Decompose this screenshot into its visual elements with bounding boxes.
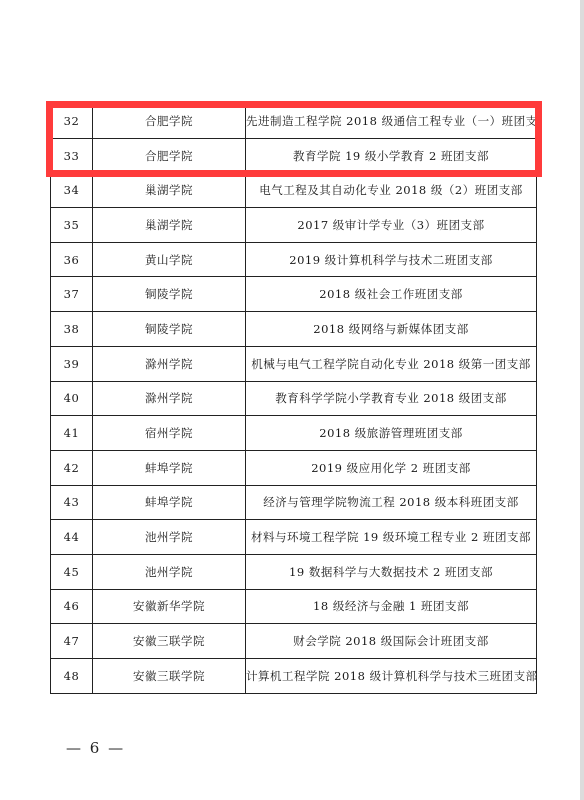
row-number: 42	[51, 450, 93, 485]
school-name: 巢湖学院	[93, 173, 246, 208]
table-row: 48 安徽三联学院 计算机工程学院 2018 级计算机科学与技术三班团支部	[51, 659, 537, 694]
table-row: 42 蚌埠学院 2019 级应用化学 2 班团支部	[51, 450, 537, 485]
branch-name: 财会学院 2018 级国际会计班团支部	[246, 624, 537, 659]
page-number: — 6 —	[66, 739, 125, 757]
table-row: 47 安徽三联学院 财会学院 2018 级国际会计班团支部	[51, 624, 537, 659]
table-row: 40 滁州学院 教育科学学院小学教育专业 2018 级团支部	[51, 381, 537, 416]
row-number: 36	[51, 242, 93, 277]
branch-name: 2018 级社会工作班团支部	[246, 277, 537, 312]
row-number: 48	[51, 659, 93, 694]
table-row: 46 安徽新华学院 18 级经济与金融 1 班团支部	[51, 589, 537, 624]
document-page: 32 合肥学院 先进制造工程学院 2018 级通信工程专业（一）班团支部 33 …	[0, 0, 580, 800]
table-row: 35 巢湖学院 2017 级审计学专业（3）班团支部	[51, 208, 537, 243]
school-name: 安徽三联学院	[93, 659, 246, 694]
table-row: 39 滁州学院 机械与电气工程学院自动化专业 2018 级第一团支部	[51, 346, 537, 381]
branch-name: 先进制造工程学院 2018 级通信工程专业（一）班团支部	[246, 104, 537, 139]
scrollbar-track[interactable]	[580, 0, 584, 800]
school-name: 黄山学院	[93, 242, 246, 277]
school-name: 滁州学院	[93, 346, 246, 381]
table-row: 43 蚌埠学院 经济与管理学院物流工程 2018 级本科班团支部	[51, 485, 537, 520]
table-row: 44 池州学院 材料与环境工程学院 19 级环境工程专业 2 班团支部	[51, 520, 537, 555]
branch-name: 电气工程及其自动化专业 2018 级（2）班团支部	[246, 173, 537, 208]
row-number: 45	[51, 554, 93, 589]
table-row: 32 合肥学院 先进制造工程学院 2018 级通信工程专业（一）班团支部	[51, 104, 537, 139]
school-name: 蚌埠学院	[93, 450, 246, 485]
school-name: 巢湖学院	[93, 208, 246, 243]
school-name: 宿州学院	[93, 416, 246, 451]
branch-name: 教育科学学院小学教育专业 2018 级团支部	[246, 381, 537, 416]
table-row: 38 铜陵学院 2018 级网络与新媒体团支部	[51, 312, 537, 347]
branch-name: 2019 级计算机科学与技术二班团支部	[246, 242, 537, 277]
school-name: 安徽新华学院	[93, 589, 246, 624]
row-number: 44	[51, 520, 93, 555]
school-name: 蚌埠学院	[93, 485, 246, 520]
school-name: 滁州学院	[93, 381, 246, 416]
row-number: 34	[51, 173, 93, 208]
table-row: 33 合肥学院 教育学院 19 级小学教育 2 班团支部	[51, 138, 537, 173]
table-row: 36 黄山学院 2019 级计算机科学与技术二班团支部	[51, 242, 537, 277]
branch-name: 2018 级旅游管理班团支部	[246, 416, 537, 451]
branch-name: 经济与管理学院物流工程 2018 级本科班团支部	[246, 485, 537, 520]
row-number: 47	[51, 624, 93, 659]
row-number: 43	[51, 485, 93, 520]
branch-name: 材料与环境工程学院 19 级环境工程专业 2 班团支部	[246, 520, 537, 555]
school-name: 池州学院	[93, 554, 246, 589]
school-name: 安徽三联学院	[93, 624, 246, 659]
branch-name: 教育学院 19 级小学教育 2 班团支部	[246, 138, 537, 173]
branch-list-table: 32 合肥学院 先进制造工程学院 2018 级通信工程专业（一）班团支部 33 …	[50, 103, 537, 694]
table-row: 41 宿州学院 2018 级旅游管理班团支部	[51, 416, 537, 451]
branch-name: 19 数据科学与大数据技术 2 班团支部	[246, 554, 537, 589]
table-row: 37 铜陵学院 2018 级社会工作班团支部	[51, 277, 537, 312]
branch-name: 机械与电气工程学院自动化专业 2018 级第一团支部	[246, 346, 537, 381]
row-number: 37	[51, 277, 93, 312]
branch-name: 2018 级网络与新媒体团支部	[246, 312, 537, 347]
school-name: 合肥学院	[93, 104, 246, 139]
branch-name: 2019 级应用化学 2 班团支部	[246, 450, 537, 485]
row-number: 41	[51, 416, 93, 451]
row-number: 32	[51, 104, 93, 139]
row-number: 35	[51, 208, 93, 243]
table-row: 45 池州学院 19 数据科学与大数据技术 2 班团支部	[51, 554, 537, 589]
school-name: 合肥学院	[93, 138, 246, 173]
school-name: 铜陵学院	[93, 312, 246, 347]
branch-name: 计算机工程学院 2018 级计算机科学与技术三班团支部	[246, 659, 537, 694]
row-number: 46	[51, 589, 93, 624]
branch-name: 2017 级审计学专业（3）班团支部	[246, 208, 537, 243]
school-name: 铜陵学院	[93, 277, 246, 312]
row-number: 33	[51, 138, 93, 173]
row-number: 38	[51, 312, 93, 347]
branch-name: 18 级经济与金融 1 班团支部	[246, 589, 537, 624]
row-number: 40	[51, 381, 93, 416]
row-number: 39	[51, 346, 93, 381]
table-row: 34 巢湖学院 电气工程及其自动化专业 2018 级（2）班团支部	[51, 173, 537, 208]
school-name: 池州学院	[93, 520, 246, 555]
